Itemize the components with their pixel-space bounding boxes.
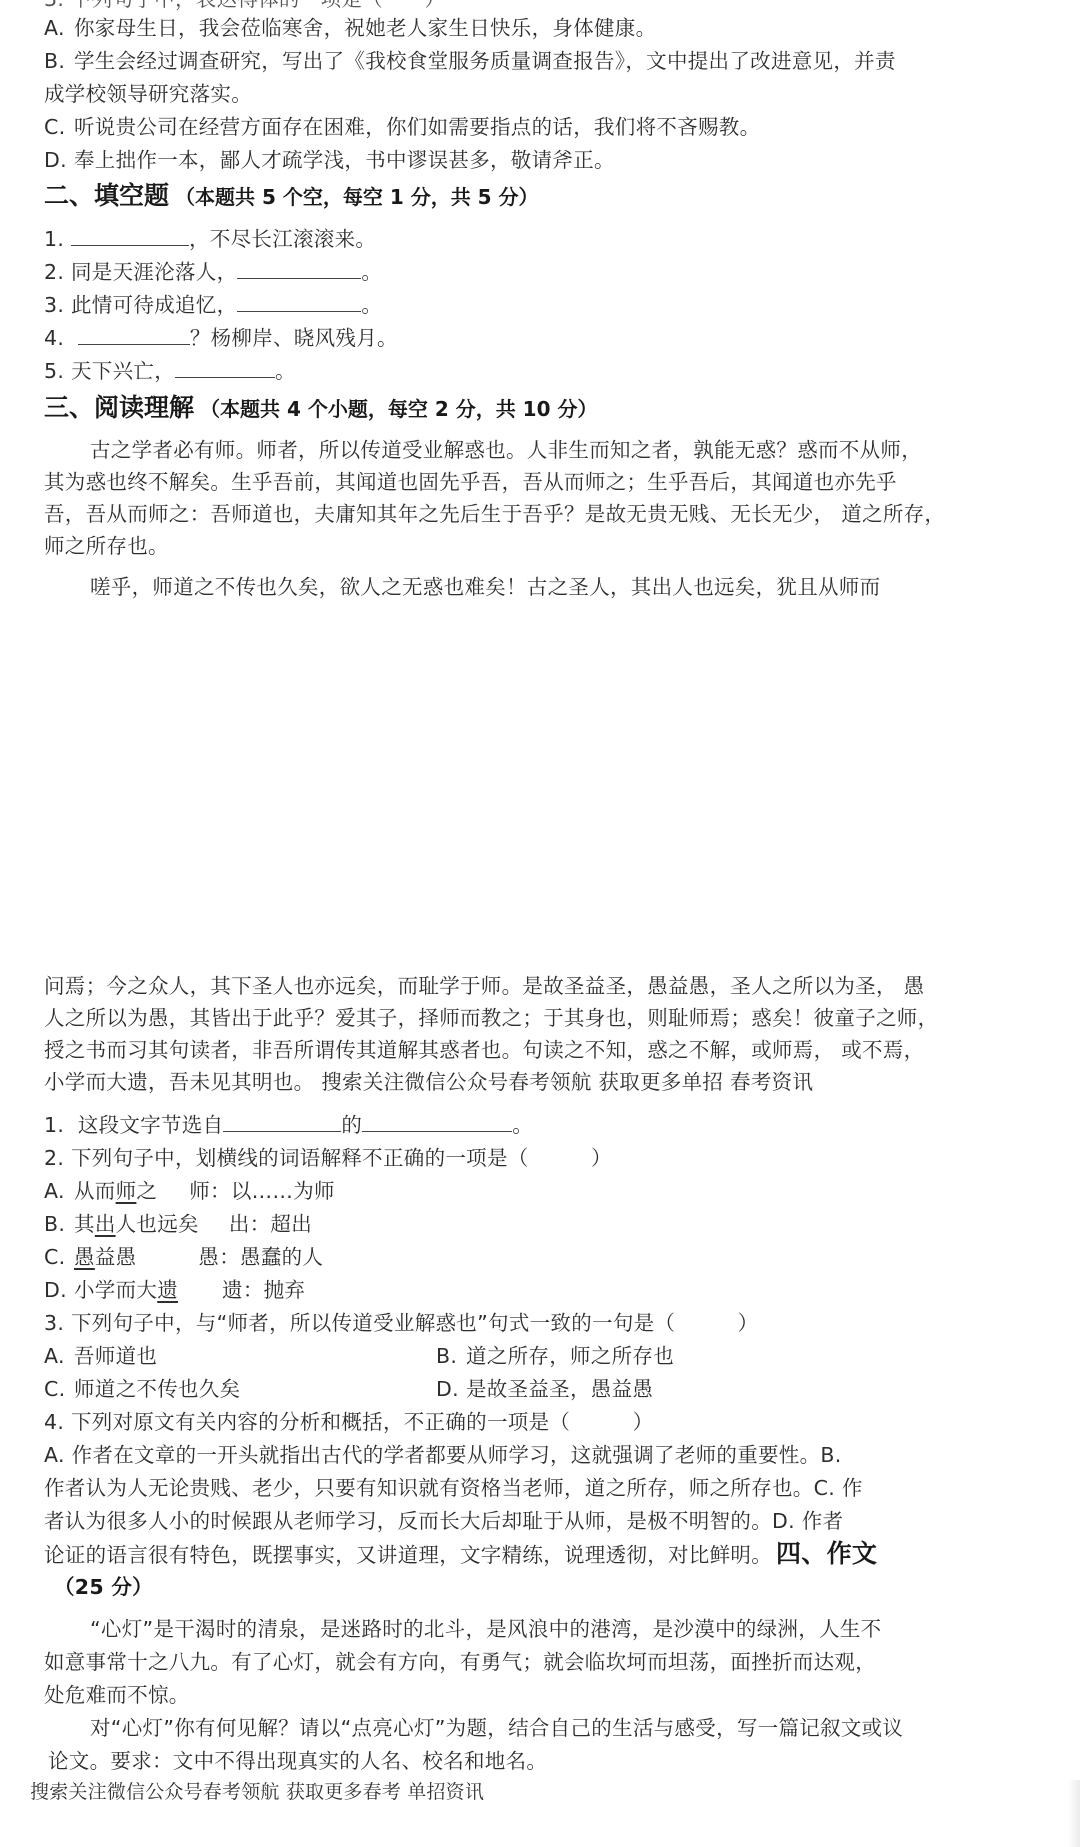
exam-page: 3. 下列句子中，表达得体的一项是（ ） A.你家母生日，我会莅临寒舍，祝她老人… — [0, 0, 1080, 1847]
option-b: B.学生会经过调查研究，写出了《我校食堂服务质量调查报告》，文中提出了改进意见，… — [44, 46, 896, 76]
fill-item-2: 2. 同是天涯沦落人，。 — [44, 257, 382, 287]
answer-blank[interactable] — [78, 324, 190, 345]
section-2-heading: 二、填空题（本题共 5 个空，每空 1 分，共 5 分） — [44, 180, 539, 213]
q2-option-a: A.从而师之师：以……为师 — [44, 1176, 335, 1206]
passage-line: 授之书而习其句读者，非吾所谓传其道解其惑者也。句读之不知，惑之不解，或师焉， 或… — [44, 1035, 924, 1065]
page-edge-shadow — [1068, 1780, 1080, 1847]
answer-blank[interactable] — [362, 1111, 512, 1132]
q4-options-line: 论证的语言很有特色，既摆事实，又讲道理，文字精练，说理透彻，对比鲜明。四、作文 — [44, 1539, 877, 1570]
passage-line: 嗟乎，师道之不传也久矣，欲人之无惑也难矣！古之圣人，其出人也远矣，犹且从师而 — [90, 572, 880, 602]
fill-item-1: 1. ，不尽长江滚滚来。 — [44, 224, 376, 254]
answer-blank[interactable] — [237, 258, 361, 279]
essay-prompt-line: 对“心灯”你有何见解？请以“点亮心灯”为题，结合自己的生活与感受，写一篇记叙文或… — [90, 1713, 903, 1743]
answer-blank[interactable] — [71, 225, 189, 246]
reading-question-1: 1. 这段文字节选自的。 — [44, 1110, 533, 1140]
q2-option-c: C.愚益愚愚：愚蠢的人 — [44, 1242, 323, 1272]
option-c: C.听说贵公司在经营方面存在困难，你们如需要指点的话，我们将不吝赐教。 — [44, 112, 760, 142]
answer-blank[interactable] — [175, 357, 275, 378]
reading-question-4-stem: 4. 下列对原文有关内容的分析和概括，不正确的一项是（ ） — [44, 1407, 653, 1437]
passage-line: 吾，吾从而师之：吾师道也，夫庸知其年之先后生于吾乎？是故无贵无贱、无长无少， 道… — [44, 499, 945, 529]
option-d: D.奉上拙作一本，鄙人才疏学浅，书中谬误甚多，敬请斧正。 — [44, 145, 615, 175]
q4-options-line: 者认为很多人小的时候跟从老师学习，反而长大后却耻于从师，是极不明智的。D. 作者 — [44, 1506, 843, 1536]
q3-options-row-2: C.师道之不传也久矣 D.是故圣益圣，愚益愚 — [44, 1374, 240, 1404]
q4-options-line: 作者认为人无论贵贱、老少，只要有知识就有资格当老师，道之所存，师之所存也。C. … — [44, 1473, 863, 1503]
option-b-continued: 成学校领导研究落实。 — [44, 79, 252, 109]
watermark-footer: 搜索关注微信公众号春考领航 获取更多春考 单招资讯 — [30, 1777, 484, 1804]
essay-prompt-line: 处危难而不惊。 — [44, 1680, 190, 1710]
essay-prompt-line: 如意事常十之八九。有了心灯，就会有方向，有勇气；就会临坎坷而坦荡，面挫折而达观， — [44, 1647, 876, 1677]
essay-prompt-line: “心灯”是干渴时的清泉，是迷路时的北斗，是风浪中的港湾，是沙漠中的绿洲，人生不 — [90, 1614, 881, 1644]
fill-item-5: 5. 天下兴亡，。 — [44, 356, 296, 386]
passage-line: 其为惑也终不解矣。生乎吾前，其闻道也固先乎吾，吾从而师之；生乎吾后，其闻道也亦先… — [44, 467, 897, 497]
fill-item-3: 3. 此情可待成追忆，。 — [44, 290, 382, 320]
passage-line: 古之学者必有师。师者，所以传道受业解惑也。人非生而知之者，孰能无惑？惑而不从师， — [90, 435, 922, 465]
question-3-stem-cut: 3. 下列句子中，表达得体的一项是（ ） — [44, 0, 445, 14]
fill-item-4: 4. ？杨柳岸、晓风残月。 — [44, 323, 398, 353]
passage-line: 问焉；今之众人，其下圣人也亦远矣，而耻学于师。是故圣益圣，愚益愚，圣人之所以为圣… — [44, 971, 924, 1001]
option-a: A.你家母生日，我会莅临寒舍，祝她老人家生日快乐，身体健康。 — [44, 13, 656, 43]
section-3-heading: 三、阅读理解（本题共 4 个小题，每空 2 分，共 10 分） — [44, 392, 597, 425]
section-4-heading: 四、作文 — [776, 1539, 877, 1568]
q2-option-b: B.其出人也远矣出：超出 — [44, 1209, 312, 1239]
answer-blank[interactable] — [237, 291, 361, 312]
section-4-subtitle: （25 分） — [54, 1572, 153, 1602]
answer-blank[interactable] — [223, 1111, 341, 1132]
reading-question-2-stem: 2. 下列句子中，划横线的词语解释不正确的一项是（ ） — [44, 1143, 612, 1173]
passage-line: 人之所以为愚，其皆出于此乎？爱其子，择师而教之；于其身也，则耻师焉；惑矣！彼童子… — [44, 1003, 938, 1033]
q4-options-line: A. 作者在文章的一开头就指出古代的学者都要从师学习，这就强调了老师的重要性。B… — [44, 1440, 842, 1470]
essay-prompt-line: 论文。要求：文中不得出现真实的人名、校名和地名。 — [48, 1746, 547, 1776]
q3-options-row-1: A.吾师道也 B.道之所存，师之所存也 — [44, 1341, 157, 1371]
passage-line: 师之所存也。 — [44, 531, 169, 561]
passage-line: 小学而大遗，吾未见其明也。 搜索关注微信公众号春考领航 获取更多单招 春考资讯 — [44, 1067, 813, 1097]
reading-question-3-stem: 3. 下列句子中，与“师者，所以传道受业解惑也”句式一致的一句是（ ） — [44, 1308, 758, 1338]
q2-option-d: D.小学而大遗遗：抛弃 — [44, 1275, 305, 1305]
